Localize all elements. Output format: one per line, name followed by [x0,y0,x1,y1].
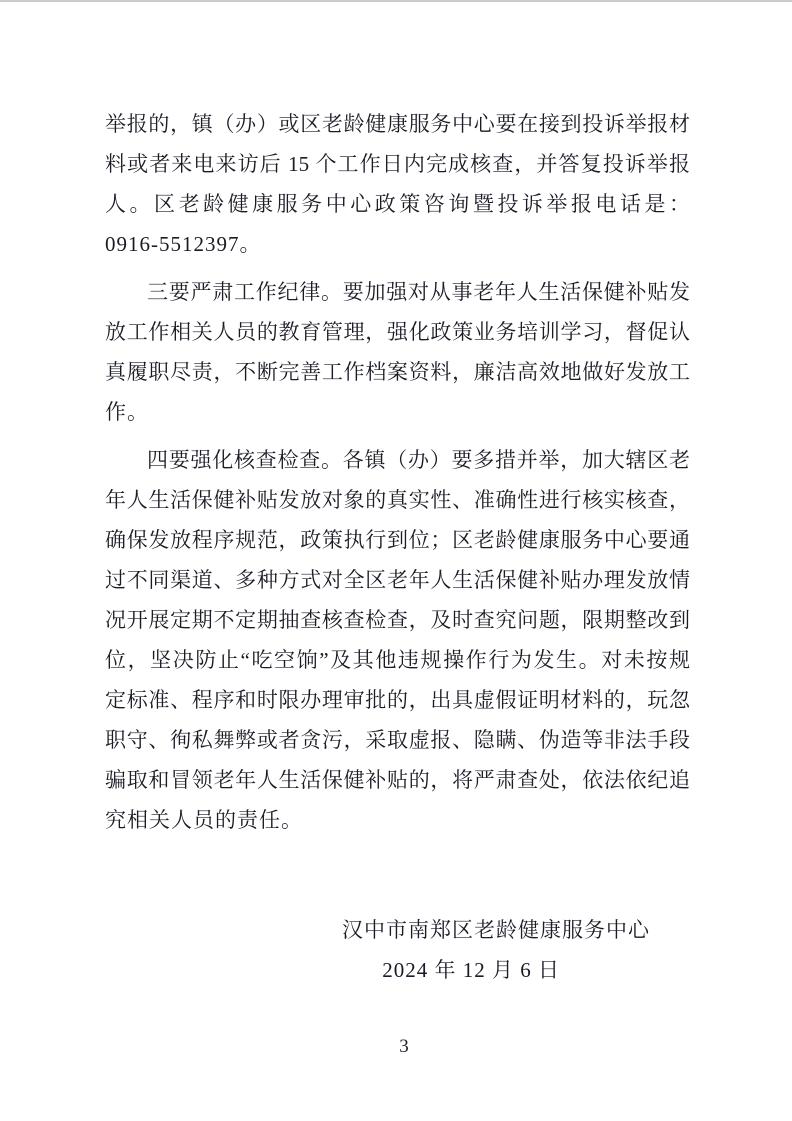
text-line: 三要严肃工作纪律。要加强对从事老年人生活保健补贴发 [105,272,690,312]
document-page: 举报的，镇（办）或区老龄健康服务中心要在接到投诉举报材料或者来电来访后 15 个… [0,0,792,1121]
text-line: 作。 [105,392,690,432]
signature-block: 汉中市南郑区老龄健康服务中心 2024 年 12 月 6 日 [105,910,690,990]
text-line: 四要强化核查检查。各镇（办）要多措并举，加大辖区老 [105,440,690,480]
text-line: 定标准、程序和时限办理审批的，出具虚假证明材料的，玩忽 [105,680,690,720]
text-line: 0916-5512397。 [105,224,690,264]
text-line: 况开展定期不定期抽查核查检查，及时查究问题，限期整改到 [105,600,690,640]
text-line: 人。区老龄健康服务中心政策咨询暨投诉举报电话是： [105,184,690,224]
text-line: 放工作相关人员的教育管理，强化政策业务培训学习，督促认 [105,312,690,352]
text-line: 料或者来电来访后 15 个工作日内完成核查，并答复投诉举报 [105,144,690,184]
text-line: 过不同渠道、多种方式对全区老年人生活保健补贴办理发放情 [105,560,690,600]
signature-organization: 汉中市南郑区老龄健康服务中心 [105,910,690,950]
text-line: 年人生活保健补贴发放对象的真实性、准确性进行核实核查， [105,480,690,520]
text-line: 真履职尽责，不断完善工作档案资料，廉洁高效地做好发放工 [105,352,690,392]
signature-date: 2024 年 12 月 6 日 [105,950,690,990]
paragraph: 三要严肃工作纪律。要加强对从事老年人生活保健补贴发放工作相关人员的教育管理，强化… [105,272,690,432]
text-line: 举报的，镇（办）或区老龄健康服务中心要在接到投诉举报材 [105,104,690,144]
paragraph: 举报的，镇（办）或区老龄健康服务中心要在接到投诉举报材料或者来电来访后 15 个… [105,104,690,264]
scan-edge-line [0,0,792,2]
text-line: 确保发放程序规范，政策执行到位；区老龄健康服务中心要通 [105,520,690,560]
text-line: 职守、徇私舞弊或者贪污，采取虚报、隐瞒、伪造等非法手段 [105,720,690,760]
document-content: 举报的，镇（办）或区老龄健康服务中心要在接到投诉举报材料或者来电来访后 15 个… [105,104,690,990]
text-line: 骗取和冒领老年人生活保健补贴的，将严肃查处，依法依纪追 [105,760,690,800]
document-body: 举报的，镇（办）或区老龄健康服务中心要在接到投诉举报材料或者来电来访后 15 个… [105,104,690,840]
page-number: 3 [8,1036,792,1058]
text-line: 究相关人员的责任。 [105,800,690,840]
paragraph: 四要强化核查检查。各镇（办）要多措并举，加大辖区老年人生活保健补贴发放对象的真实… [105,440,690,840]
text-line: 位，坚决防止“吃空饷”及其他违规操作行为发生。对未按规 [105,640,690,680]
